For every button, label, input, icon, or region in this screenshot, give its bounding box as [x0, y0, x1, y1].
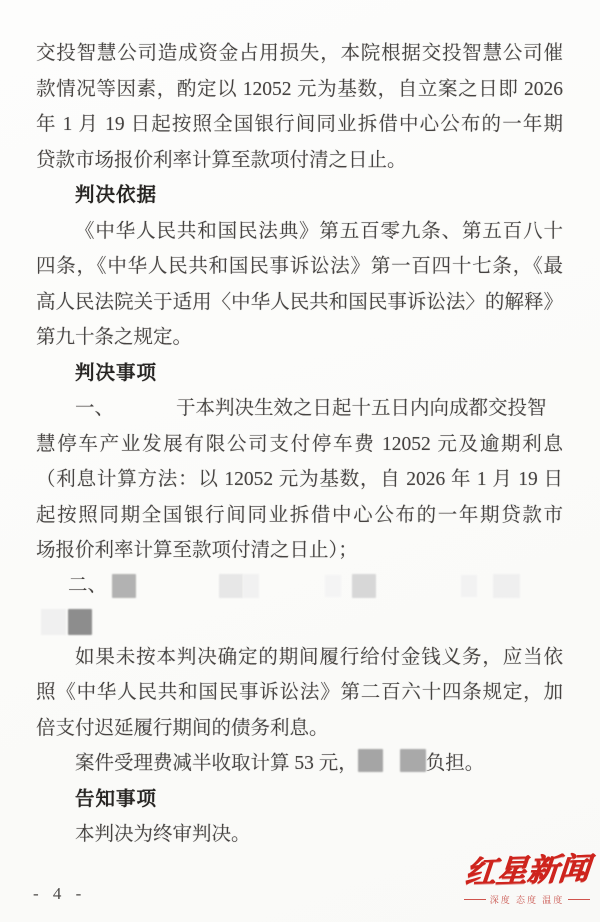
section-heading: 判决事项 [36, 356, 563, 392]
body-line: 贷款市场报价利率计算至款项付清之日止。 [36, 143, 563, 179]
body-line: 四条，《中华人民共和国民事诉讼法》第一百四十七条，《最 [36, 249, 563, 285]
body-line-segmented: 案件受理费减半收取计算 53 元，负担。 [36, 746, 563, 782]
body-line: 倍支付迟延履行期间的债务利息。 [36, 711, 563, 747]
redaction-box [112, 574, 136, 598]
page-number: - 4 - [33, 884, 86, 904]
redaction-box [325, 575, 341, 597]
body-text-segment: 于本判决生效之日起十五日内向成都交投智 [176, 398, 547, 419]
body-line: 交投智慧公司造成资金占用损失，本院根据交投智慧公司催 [36, 36, 563, 72]
redaction-box [219, 574, 243, 598]
judgment-text-body: 交投智慧公司造成资金占用损失，本院根据交投智慧公司催款情况等因素，酌定以 120… [36, 36, 563, 853]
body-line: 慧停车产业发展有限公司支付停车费 12052 元及逾期利息 [36, 427, 563, 463]
body-line: 第九十条之规定。 [36, 320, 563, 356]
body-line: 场报价利率计算至款项付清之日止）； [36, 533, 563, 569]
logo-tagline: 深度 态度 温度 [462, 893, 592, 906]
redstar-news-logo: 红星新闻 深度 态度 温度 [462, 852, 592, 906]
body-text-segment: 案件受理费减半收取计算 53 元， [75, 753, 358, 774]
body-line: 本判决为终审判决。 [36, 817, 563, 853]
redaction-box [358, 749, 383, 772]
body-text-segment: 负担。 [426, 753, 485, 774]
body-line: 起按照同期全国银行间同业拆借中心公布的一年期贷款市 [36, 498, 563, 534]
tagline-dash-right [568, 899, 590, 900]
redacted-line: 二、 [36, 569, 563, 605]
body-line-segmented: 一、于本判决生效之日起十五日内向成都交投智 [36, 391, 563, 427]
body-line: 《中华人民共和国民法典》第五百零九条、第五百八十 [36, 214, 563, 250]
section-heading: 判决依据 [36, 178, 563, 214]
body-text-segment: 一、 [75, 398, 114, 419]
body-line: 照《中华人民共和国民事诉讼法》第二百六十四条规定，加 [36, 675, 563, 711]
redaction-box [461, 575, 477, 597]
body-line: 高人民法院关于适用〈中华人民共和国民事诉讼法〉的解释》 [36, 285, 563, 321]
body-line: 如果未按本判决确定的期间履行给付金钱义务，应当依 [36, 640, 563, 676]
document-page: 交投智慧公司造成资金占用损失，本院根据交投智慧公司催款情况等因素，酌定以 120… [0, 0, 600, 922]
body-line: 款情况等因素，酌定以 12052 元为基数，自立案之日即 2026 [36, 72, 563, 108]
redaction-box [352, 574, 376, 598]
body-text-segment: 二、 [68, 569, 107, 597]
section-heading: 告知事项 [36, 782, 563, 818]
body-line: （利息计算方法：以 12052 元为基数，自 2026 年 1 月 19 日 [36, 462, 563, 498]
redaction-box [41, 609, 66, 635]
redaction-box [68, 609, 92, 635]
tagline-dash-left [464, 899, 486, 900]
redaction-box [493, 574, 520, 598]
redacted-line [36, 604, 563, 640]
tagline-text: 深度 态度 温度 [490, 893, 565, 906]
redaction-box [400, 749, 426, 772]
body-line: 年 1 月 19 日起按照全国银行间同业拆借中心公布的一年期 [36, 107, 563, 143]
logo-text: 红星新闻 [460, 850, 594, 893]
redaction-box [243, 574, 259, 598]
